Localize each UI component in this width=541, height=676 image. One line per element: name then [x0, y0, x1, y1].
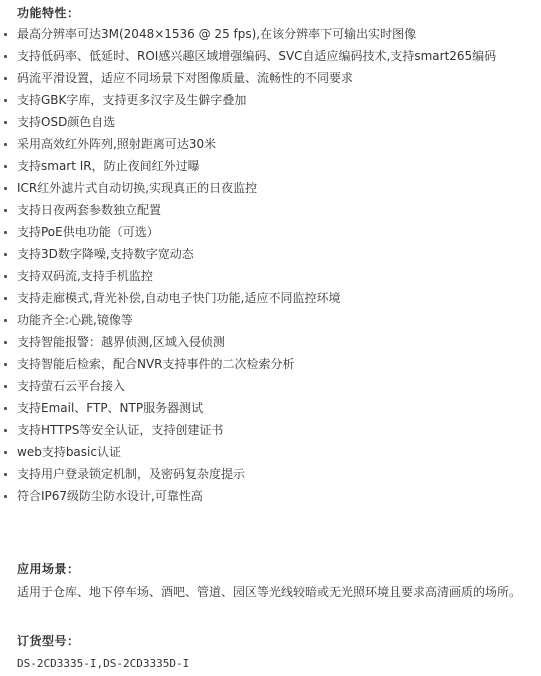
- application-title: 应用场景：: [17, 560, 80, 577]
- feature-item: 支持智能报警：越界侦测,区域入侵侦测: [0, 331, 496, 353]
- bullet-icon: [4, 429, 7, 432]
- feature-item: 支持3D数字降噪,支持数字宽动态: [0, 243, 496, 265]
- feature-item: 支持HTTPS等安全认证，支持创建证书: [0, 419, 496, 441]
- bullet-icon: [4, 253, 7, 256]
- feature-item: 支持Email、FTP、NTP服务器测试: [0, 397, 496, 419]
- feature-item: 采用高效红外阵列,照射距离可达30米: [0, 133, 496, 155]
- feature-item: 支持用户登录锁定机制，及密码复杂度提示: [0, 463, 496, 485]
- bullet-icon: [4, 297, 7, 300]
- bullet-icon: [4, 231, 7, 234]
- feature-item: 支持PoE供电功能（可选）: [0, 221, 496, 243]
- bullet-icon: [4, 275, 7, 278]
- feature-item: web支持basic认证: [0, 441, 496, 463]
- bullet-icon: [4, 451, 7, 454]
- bullet-icon: [4, 495, 7, 498]
- feature-item: 支持GBK字库，支持更多汉字及生僻字叠加: [0, 89, 496, 111]
- feature-item: 支持智能后检索，配合NVR支持事件的二次检索分析: [0, 353, 496, 375]
- feature-item: 支持双码流,支持手机监控: [0, 265, 496, 287]
- bullet-icon: [4, 143, 7, 146]
- bullet-icon: [4, 165, 7, 168]
- feature-item: 支持低码率、低延时、ROI感兴趣区域增强编码、SVC自适应编码技术,支持smar…: [0, 45, 496, 67]
- bullet-icon: [4, 121, 7, 124]
- feature-item: 码流平滑设置，适应不同场景下对图像质量、流畅性的不同要求: [0, 67, 496, 89]
- feature-item: 支持走廊模式,背光补偿,自动电子快门功能,适应不同监控环境: [0, 287, 496, 309]
- bullet-icon: [4, 407, 7, 410]
- application-text: 适用于仓库、地下停车场、酒吧、管道、园区等光线较暗或无光照环境且要求高清画质的场…: [17, 583, 521, 600]
- bullet-icon: [4, 187, 7, 190]
- bullet-icon: [4, 473, 7, 476]
- feature-list: 最高分辨率可达3M(2048×1536 @ 25 fps),在该分辨率下可输出实…: [0, 23, 496, 507]
- feature-item: 最高分辨率可达3M(2048×1536 @ 25 fps),在该分辨率下可输出实…: [0, 23, 496, 45]
- ordering-title: 订货型号：: [17, 632, 80, 649]
- bullet-icon: [4, 209, 7, 212]
- feature-item: 支持smart IR，防止夜间红外过曝: [0, 155, 496, 177]
- feature-item: 支持OSD颜色自选: [0, 111, 496, 133]
- features-title: 功能特性：: [17, 4, 80, 21]
- feature-item: ICR红外滤片式自动切换,实现真正的日夜监控: [0, 177, 496, 199]
- feature-item: 符合IP67级防尘防水设计,可靠性高: [0, 485, 496, 507]
- bullet-icon: [4, 55, 7, 58]
- bullet-icon: [4, 319, 7, 322]
- bullet-icon: [4, 341, 7, 344]
- bullet-icon: [4, 77, 7, 80]
- bullet-icon: [4, 363, 7, 366]
- feature-item: 功能齐全:心跳,镜像等: [0, 309, 496, 331]
- feature-item: 支持萤石云平台接入: [0, 375, 496, 397]
- bullet-icon: [4, 33, 7, 36]
- bullet-icon: [4, 99, 7, 102]
- feature-item: 支持日夜两套参数独立配置: [0, 199, 496, 221]
- ordering-models: DS-2CD3335-I,DS-2CD3335D-I: [17, 657, 189, 670]
- bullet-icon: [4, 385, 7, 388]
